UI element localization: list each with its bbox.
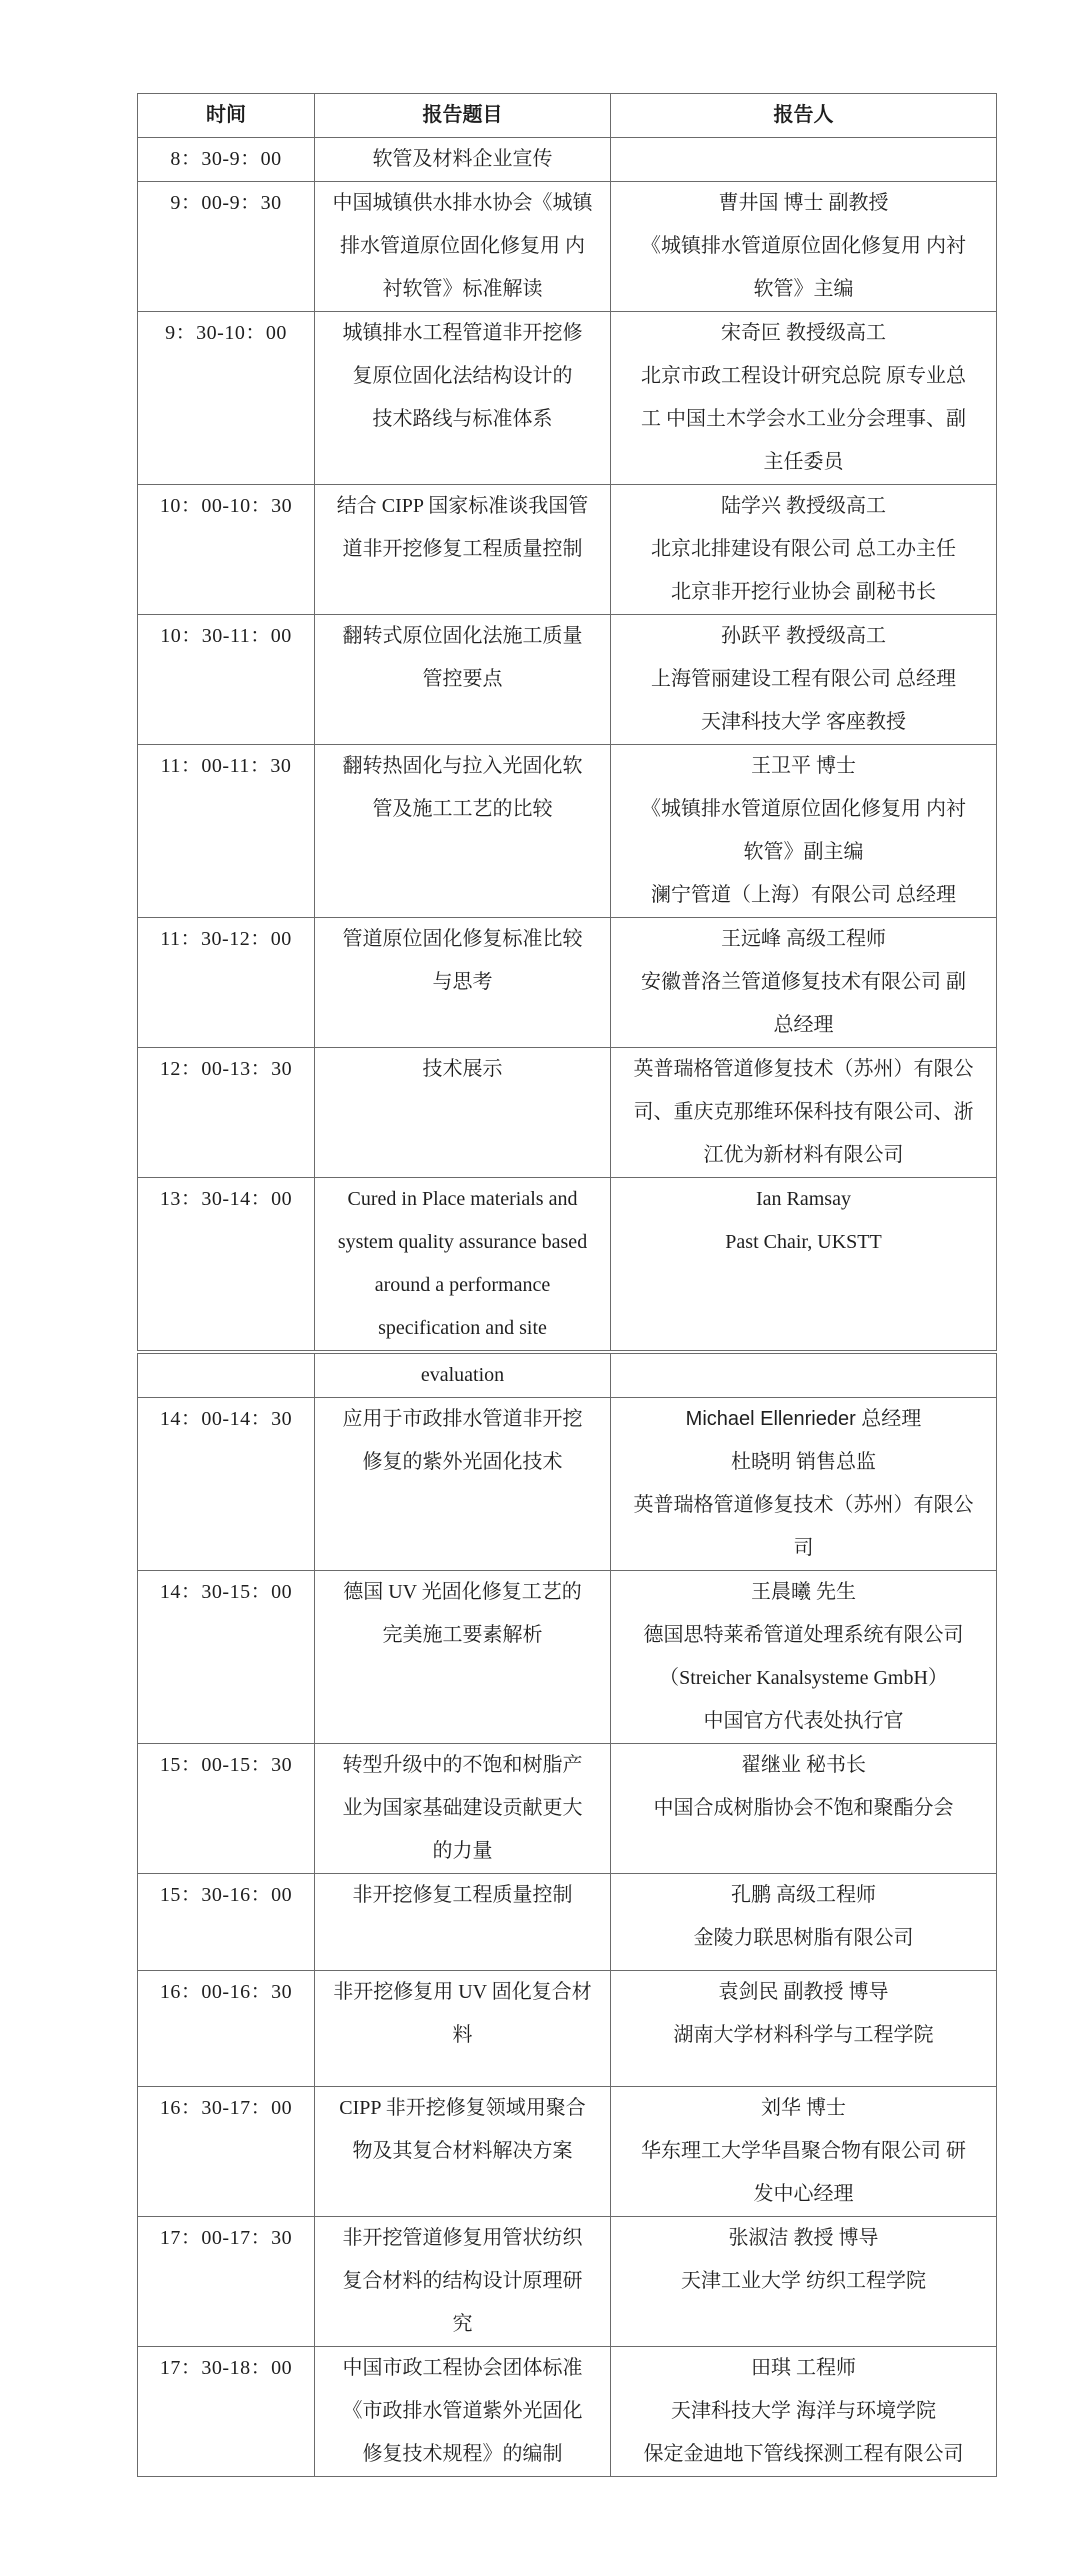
table-row: 11：00-11：30翻转热固化与拉入光固化软管及施工工艺的比较王卫平 博士《城… (138, 745, 997, 918)
table-row: 9：00-9：30中国城镇供水排水协会《城镇排水管道原位固化修复用 内衬软管》标… (138, 182, 997, 312)
speaker-cell: 王晨曦 先生德国思特莱希管道处理系统有限公司（Streicher Kanalsy… (611, 1571, 997, 1744)
topic-line: Cured in Place materials and (323, 1178, 602, 1221)
speaker-line: 刘华 博士 (619, 2087, 988, 2130)
speaker-cell: 王卫平 博士《城镇排水管道原位固化修复用 内衬软管》副主编澜宁管道（上海）有限公… (611, 745, 997, 918)
table-row: evaluation (138, 1354, 997, 1398)
topic-line: around a performance (323, 1264, 602, 1307)
table-row: 8：30-9：00软管及材料企业宣传 (138, 138, 997, 182)
table-row: 16：30-17：00CIPP 非开挖修复领域用聚合物及其复合材料解决方案刘华 … (138, 2087, 997, 2217)
speaker-line: 孙跃平 教授级高工 (619, 615, 988, 658)
topic-line: 技术路线与标准体系 (323, 398, 602, 441)
topic-line: 管道原位固化修复标准比较 (323, 918, 602, 961)
topic-line: 道非开挖修复工程质量控制 (323, 528, 602, 571)
speaker-line: 北京市政工程设计研究总院 原专业总 (619, 355, 988, 398)
time-cell: 10：30-11：00 (138, 615, 315, 745)
speaker-line: 工 中国土木学会水工业分会理事、副 (619, 398, 988, 441)
time-cell: 16：30-17：00 (138, 2087, 315, 2217)
speaker-cell: 宋奇叵 教授级高工北京市政工程设计研究总院 原专业总工 中国土木学会水工业分会理… (611, 312, 997, 485)
table-header-row: 时间 报告题目 报告人 (138, 94, 997, 138)
topic-line: 究 (323, 2303, 602, 2346)
topic-line: specification and site (323, 1307, 602, 1350)
speaker-cell: 英普瑞格管道修复技术（苏州）有限公司、重庆克那维环保科技有限公司、浙江优为新材料… (611, 1048, 997, 1178)
header-topic: 报告题目 (315, 94, 611, 138)
speaker-line: 翟继业 秘书长 (619, 1744, 988, 1787)
speaker-line: 英普瑞格管道修复技术（苏州）有限公 (619, 1048, 988, 1091)
topic-cell: Cured in Place materials andsystem quali… (315, 1178, 611, 1351)
speaker-line: 软管》主编 (619, 268, 988, 311)
time-cell: 11：30-12：00 (138, 918, 315, 1048)
speaker-cell: 王远峰 高级工程师安徽普洛兰管道修复技术有限公司 副总经理 (611, 918, 997, 1048)
time-cell (138, 1354, 315, 1398)
topic-line: 翻转热固化与拉入光固化软 (323, 745, 602, 788)
speaker-line: 发中心经理 (619, 2173, 988, 2216)
speaker-line: Michael Ellenrieder 总经理 (619, 1398, 988, 1441)
topic-line: 非开挖修复工程质量控制 (323, 1874, 602, 1917)
speaker-cell: Michael Ellenrieder 总经理杜晓明 销售总监英普瑞格管道修复技… (611, 1398, 997, 1571)
topic-cell: 非开挖修复用 UV 固化复合材料 (315, 1971, 611, 2087)
speaker-line: 金陵力联思树脂有限公司 (619, 1917, 988, 1960)
time-cell: 8：30-9：00 (138, 138, 315, 182)
topic-line: 德国 UV 光固化修复工艺的 (323, 1571, 602, 1614)
speaker-line: 袁剑民 副教授 博导 (619, 1971, 988, 2014)
time-cell: 17：00-17：30 (138, 2217, 315, 2347)
speaker-cell: 陆学兴 教授级高工北京北排建设有限公司 总工办主任北京非开挖行业协会 副秘书长 (611, 485, 997, 615)
table-row: 17：30-18：00中国市政工程协会团体标准《市政排水管道紫外光固化修复技术规… (138, 2347, 997, 2477)
speaker-line: Past Chair, UKSTT (619, 1221, 988, 1264)
speaker-cell: 孔鹏 高级工程师金陵力联思树脂有限公司 (611, 1874, 997, 1971)
topic-cell: CIPP 非开挖修复领域用聚合物及其复合材料解决方案 (315, 2087, 611, 2217)
table-row: 10：00-10：30结合 CIPP 国家标准谈我国管道非开挖修复工程质量控制陆… (138, 485, 997, 615)
topic-line: 与思考 (323, 961, 602, 1004)
schedule-body-1: 8：30-9：00软管及材料企业宣传9：00-9：30中国城镇供水排水协会《城镇… (138, 138, 997, 1351)
speaker-line: 湖南大学材料科学与工程学院 (619, 2014, 988, 2057)
topic-cell: 非开挖管道修复用管状纺织复合材料的结构设计原理研究 (315, 2217, 611, 2347)
topic-cell: evaluation (315, 1354, 611, 1398)
speaker-line: 《城镇排水管道原位固化修复用 内衬 (619, 788, 988, 831)
speaker-line: 孔鹏 高级工程师 (619, 1874, 988, 1917)
speaker-line: 英普瑞格管道修复技术（苏州）有限公 (619, 1484, 988, 1527)
speaker-line: 曹井国 博士 副教授 (619, 182, 988, 225)
speaker-cell: 孙跃平 教授级高工上海管丽建设工程有限公司 总经理天津科技大学 客座教授 (611, 615, 997, 745)
speaker-line: 王晨曦 先生 (619, 1571, 988, 1614)
topic-line: 管及施工工艺的比较 (323, 788, 602, 831)
time-cell: 14：00-14：30 (138, 1398, 315, 1571)
speaker-line: 澜宁管道（上海）有限公司 总经理 (619, 874, 988, 917)
topic-line: 料 (323, 2014, 602, 2057)
topic-line: 翻转式原位固化法施工质量 (323, 615, 602, 658)
topic-cell: 应用于市政排水管道非开挖修复的紫外光固化技术 (315, 1398, 611, 1571)
time-cell: 10：00-10：30 (138, 485, 315, 615)
table-row: 15：00-15：30转型升级中的不饱和树脂产业为国家基础建设贡献更大的力量翟继… (138, 1744, 997, 1874)
topic-line: 城镇排水工程管道非开挖修 (323, 312, 602, 355)
topic-cell: 技术展示 (315, 1048, 611, 1178)
topic-cell: 管道原位固化修复标准比较与思考 (315, 918, 611, 1048)
speaker-cell (611, 138, 997, 182)
topic-line: 技术展示 (323, 1048, 602, 1091)
topic-line: 排水管道原位固化修复用 内 (323, 225, 602, 268)
speaker-line: 天津工业大学 纺织工程学院 (619, 2260, 988, 2303)
time-cell: 12：00-13：30 (138, 1048, 315, 1178)
table-row: 14：00-14：30应用于市政排水管道非开挖修复的紫外光固化技术Michael… (138, 1398, 997, 1571)
table-row: 13：30-14：00Cured in Place materials ands… (138, 1178, 997, 1351)
speaker-cell: 张淑洁 教授 博导天津工业大学 纺织工程学院 (611, 2217, 997, 2347)
schedule-table-page-1: 时间 报告题目 报告人 8：30-9：00软管及材料企业宣传9：00-9：30中… (137, 93, 997, 1351)
time-cell: 14：30-15：00 (138, 1571, 315, 1744)
header-time: 时间 (138, 94, 315, 138)
time-cell: 13：30-14：00 (138, 1178, 315, 1351)
speaker-line: 宋奇叵 教授级高工 (619, 312, 988, 355)
speaker-line: 中国合成树脂协会不饱和聚酯分会 (619, 1787, 988, 1830)
topic-cell: 结合 CIPP 国家标准谈我国管道非开挖修复工程质量控制 (315, 485, 611, 615)
speaker-line: 保定金迪地下管线探测工程有限公司 (619, 2433, 988, 2476)
speaker-line: 江优为新材料有限公司 (619, 1134, 988, 1177)
topic-cell: 中国市政工程协会团体标准《市政排水管道紫外光固化修复技术规程》的编制 (315, 2347, 611, 2477)
speaker-line: 《城镇排水管道原位固化修复用 内衬 (619, 225, 988, 268)
table-row: 10：30-11：00翻转式原位固化法施工质量管控要点孙跃平 教授级高工上海管丽… (138, 615, 997, 745)
speaker-line: 软管》副主编 (619, 831, 988, 874)
topic-line: 复合材料的结构设计原理研 (323, 2260, 602, 2303)
speaker-cell: 刘华 博士华东理工大学华昌聚合物有限公司 研发中心经理 (611, 2087, 997, 2217)
speaker-line: 北京北排建设有限公司 总工办主任 (619, 528, 988, 571)
time-cell: 15：30-16：00 (138, 1874, 315, 1971)
topic-line: 中国市政工程协会团体标准 (323, 2347, 602, 2390)
topic-cell: 转型升级中的不饱和树脂产业为国家基础建设贡献更大的力量 (315, 1744, 611, 1874)
speaker-line: 天津科技大学 海洋与环境学院 (619, 2390, 988, 2433)
topic-line: system quality assurance based (323, 1221, 602, 1264)
schedule-table-page-2: evaluation14：00-14：30应用于市政排水管道非开挖修复的紫外光固… (137, 1353, 997, 2477)
topic-line: 的力量 (323, 1830, 602, 1873)
table-row: 17：00-17：30非开挖管道修复用管状纺织复合材料的结构设计原理研究张淑洁 … (138, 2217, 997, 2347)
table-row: 14：30-15：00德国 UV 光固化修复工艺的完美施工要素解析王晨曦 先生德… (138, 1571, 997, 1744)
topic-line: evaluation (323, 1354, 602, 1397)
speaker-line: 德国思特莱希管道处理系统有限公司 (619, 1614, 988, 1657)
speaker-line: 华东理工大学华昌聚合物有限公司 研 (619, 2130, 988, 2173)
topic-line: 业为国家基础建设贡献更大 (323, 1787, 602, 1830)
table-row: 15：30-16：00非开挖修复工程质量控制孔鹏 高级工程师金陵力联思树脂有限公… (138, 1874, 997, 1971)
topic-line: CIPP 非开挖修复领域用聚合 (323, 2087, 602, 2130)
topic-cell: 软管及材料企业宣传 (315, 138, 611, 182)
speaker-cell: 翟继业 秘书长中国合成树脂协会不饱和聚酯分会 (611, 1744, 997, 1874)
topic-line: 应用于市政排水管道非开挖 (323, 1398, 602, 1441)
speaker-line: 北京非开挖行业协会 副秘书长 (619, 571, 988, 614)
topic-cell: 翻转热固化与拉入光固化软管及施工工艺的比较 (315, 745, 611, 918)
topic-line: 修复的紫外光固化技术 (323, 1441, 602, 1484)
topic-line: 管控要点 (323, 658, 602, 701)
time-cell: 16：00-16：30 (138, 1971, 315, 2087)
table-row: 11：30-12：00管道原位固化修复标准比较与思考王远峰 高级工程师安徽普洛兰… (138, 918, 997, 1048)
topic-cell: 非开挖修复工程质量控制 (315, 1874, 611, 1971)
time-cell: 17：30-18：00 (138, 2347, 315, 2477)
time-cell: 9：00-9：30 (138, 182, 315, 312)
table-row: 9：30-10：00城镇排水工程管道非开挖修复原位固化法结构设计的技术路线与标准… (138, 312, 997, 485)
speaker-line: 中国官方代表处执行官 (619, 1700, 988, 1743)
speaker-line: 陆学兴 教授级高工 (619, 485, 988, 528)
topic-cell: 翻转式原位固化法施工质量管控要点 (315, 615, 611, 745)
speaker-line: （Streicher Kanalsysteme GmbH） (619, 1657, 988, 1700)
speaker-line: 安徽普洛兰管道修复技术有限公司 副 (619, 961, 988, 1004)
speaker-line: 上海管丽建设工程有限公司 总经理 (619, 658, 988, 701)
time-cell: 11：00-11：30 (138, 745, 315, 918)
topic-line: 《市政排水管道紫外光固化 (323, 2390, 602, 2433)
speaker-line: Ian Ramsay (619, 1178, 988, 1221)
topic-line: 结合 CIPP 国家标准谈我国管 (323, 485, 602, 528)
table-row: 12：00-13：30技术展示英普瑞格管道修复技术（苏州）有限公司、重庆克那维环… (138, 1048, 997, 1178)
speaker-line: 总经理 (619, 1004, 988, 1047)
topic-line: 非开挖管道修复用管状纺织 (323, 2217, 602, 2260)
speaker-line: 司、重庆克那维环保科技有限公司、浙 (619, 1091, 988, 1134)
topic-line: 完美施工要素解析 (323, 1614, 602, 1657)
topic-line: 软管及材料企业宣传 (323, 138, 602, 181)
topic-line: 转型升级中的不饱和树脂产 (323, 1744, 602, 1787)
time-cell: 9：30-10：00 (138, 312, 315, 485)
speaker-line: 张淑洁 教授 博导 (619, 2217, 988, 2260)
speaker-cell (611, 1354, 997, 1398)
speaker-cell: 曹井国 博士 副教授《城镇排水管道原位固化修复用 内衬软管》主编 (611, 182, 997, 312)
speaker-line: 杜晓明 销售总监 (619, 1441, 988, 1484)
speaker-line: 司 (619, 1527, 988, 1570)
topic-cell: 德国 UV 光固化修复工艺的完美施工要素解析 (315, 1571, 611, 1744)
speaker-cell: 田琪 工程师天津科技大学 海洋与环境学院保定金迪地下管线探测工程有限公司 (611, 2347, 997, 2477)
speaker-cell: Ian RamsayPast Chair, UKSTT (611, 1178, 997, 1351)
table-row: 16：00-16：30非开挖修复用 UV 固化复合材料袁剑民 副教授 博导湖南大… (138, 1971, 997, 2087)
topic-line: 衬软管》标准解读 (323, 268, 602, 311)
header-speaker: 报告人 (611, 94, 997, 138)
topic-line: 中国城镇供水排水协会《城镇 (323, 182, 602, 225)
topic-line: 修复技术规程》的编制 (323, 2433, 602, 2476)
speaker-line: 天津科技大学 客座教授 (619, 701, 988, 744)
speaker-line: 王卫平 博士 (619, 745, 988, 788)
topic-cell: 城镇排水工程管道非开挖修复原位固化法结构设计的技术路线与标准体系 (315, 312, 611, 485)
speaker-cell: 袁剑民 副教授 博导湖南大学材料科学与工程学院 (611, 1971, 997, 2087)
topic-line: 物及其复合材料解决方案 (323, 2130, 602, 2173)
speaker-line: 王远峰 高级工程师 (619, 918, 988, 961)
speaker-line: 田琪 工程师 (619, 2347, 988, 2390)
topic-line: 非开挖修复用 UV 固化复合材 (323, 1971, 602, 2014)
speaker-line: 主任委员 (619, 441, 988, 484)
schedule-body-2: evaluation14：00-14：30应用于市政排水管道非开挖修复的紫外光固… (138, 1354, 997, 2477)
topic-cell: 中国城镇供水排水协会《城镇排水管道原位固化修复用 内衬软管》标准解读 (315, 182, 611, 312)
time-cell: 15：00-15：30 (138, 1744, 315, 1874)
topic-line: 复原位固化法结构设计的 (323, 355, 602, 398)
